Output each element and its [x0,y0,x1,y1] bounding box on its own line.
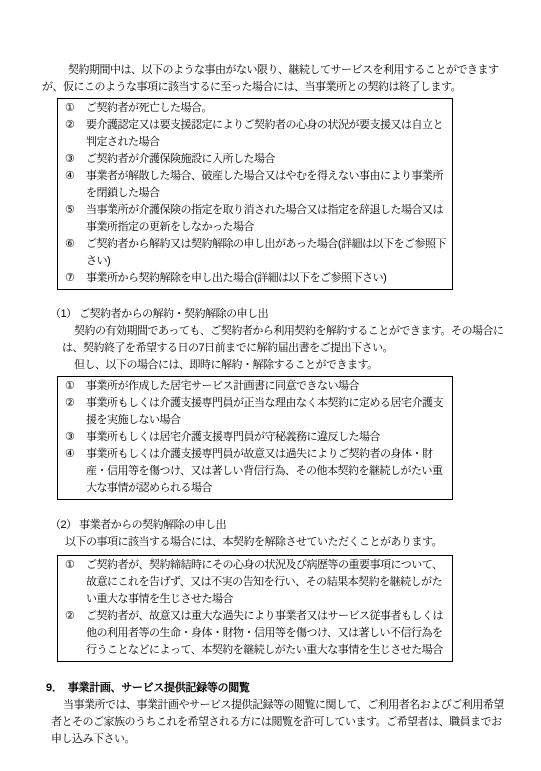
item-text: 当事業所が介護保険の指定を取り消された場合又は指定を辞退した場合又は事業所指定の… [86,204,443,233]
list-item: ③ ご契約者が介護保険施設に入所した場合 [58,151,447,168]
cancel-by-provider-box: ① ご契約者が、契約締結時にその心身の状況及び病歴等の重要事項について、故意にこ… [57,555,453,662]
section1-note: 但し、以下の場合には、即時に解約・解除することができます。 [62,357,505,374]
item-text: 事業者が解散した場合、破産した場合又はやむを得えない事由により事業所を閉鎖した場… [86,170,443,199]
item-text: 事業所もしくは介護支援専門員が故意又は過失によりご契約者の身体・財産・信用等を傷… [86,448,443,494]
item-number: ② [65,395,74,412]
section9-heading: 9． 事業計画、サービス提供記録等の閲覧 [46,680,511,697]
item-number: ③ [65,429,74,446]
item-text: 事業所もしくは居宅介護支援専門員が守秘義務に違反した場合 [86,431,380,443]
section2-heading: （2） 事業者からの契約解除の申し出 [50,517,511,534]
item-text: ご契約者が介護保険施設に入所した場合 [86,153,275,165]
list-item: ④ 事業所もしくは介護支援専門員が故意又は過失によりご契約者の身体・財産・信用等… [58,446,447,497]
section1-heading: （1） ご契約者からの解約・契約解除の申し出 [50,306,511,323]
item-number: ① [65,100,74,117]
item-text: ご契約者が死亡した場合。 [86,102,212,114]
list-item: ② ご契約者が、故意又は重大な過失により事業者又はサービス従事者もしくは他の利用… [58,608,447,659]
item-number: ③ [65,151,74,168]
list-item: ④ 事業者が解散した場合、破産した場合又はやむを得えない事由により事業所を閉鎖し… [58,168,447,202]
cancel-by-user-box: ① 事業所が作成した居宅サービス計画書に同意できない場合 ② 事業所もしくは介護… [57,376,453,500]
item-text: 要介護認定又は要支援認定によりご契約者の心身の状況が要支援又は自立と判定された場… [86,119,443,148]
list-item: ⑦ 事業所から契約解除を申し出た場合(詳細は以下をご参照下さい) [58,270,447,287]
list-item: ⑤ 当事業所が介護保険の指定を取り消された場合又は指定を辞退した場合又は事業所指… [58,202,447,236]
item-number: ④ [65,168,74,185]
section2-paragraph: 以下の事項に該当する場合には、本契約を解除させていただくことがあります。 [65,534,507,551]
item-text: 事業所から契約解除を申し出た場合(詳細は以下をご参照下さい) [86,272,386,284]
list-item: ③ 事業所もしくは居宅介護支援専門員が守秘義務に違反した場合 [58,429,447,446]
item-number: ② [65,117,74,134]
item-number: ⑤ [65,202,74,219]
item-number: ⑥ [65,236,74,253]
item-number: ⑦ [65,270,74,287]
item-number: ① [65,378,74,395]
list-item: ② 要介護認定又は要支援認定によりご契約者の心身の状況が要支援又は自立と判定され… [58,117,447,151]
intro-paragraph: 契約期間中は、以下のような事由がない限り、継続してサービスを利用することができま… [42,62,505,96]
list-item: ① 事業所が作成した居宅サービス計画書に同意できない場合 [58,378,447,395]
list-item: ⑥ ご契約者から解約又は契約解除の申し出があった場合(詳細は以下をご参照下さい) [58,236,447,270]
item-number: ② [65,608,74,625]
item-text: 事業所もしくは介護支援専門員が正当な理由なく本契約に定める居宅介護支援を実施しな… [86,397,443,426]
item-text: ご契約者から解約又は契約解除の申し出があった場合(詳細は以下をご参照下さい) [86,238,446,267]
item-text: ご契約者が、故意又は重大な過失により事業者又はサービス従事者もしくは他の利用者等… [86,610,443,656]
list-item: ② 事業所もしくは介護支援専門員が正当な理由なく本契約に定める居宅介護支援を実施… [58,395,447,429]
item-text: ご契約者が、契約締結時にその心身の状況及び病歴等の重要事項について、故意にこれを… [86,559,443,605]
list-item: ① ご契約者が、契約締結時にその心身の状況及び病歴等の重要事項について、故意にこ… [58,557,447,608]
item-number: ① [65,557,74,574]
list-item: ① ご契約者が死亡した場合。 [58,100,447,117]
section9-paragraph: 当事業所では、事業計画やサービス提供記録等の閲覧に関して、ご利用者名およびご利用… [51,697,511,748]
section1-paragraph: 契約の有効期間であっても、ご契約者から利用契約を解約することができます。その場合… [62,323,505,357]
termination-conditions-box: ① ご契約者が死亡した場合。 ② 要介護認定又は要支援認定によりご契約者の心身の… [57,98,453,290]
contract-document-page: 契約期間中は、以下のような事由がない限り、継続してサービスを利用することができま… [0,0,541,771]
item-number: ④ [65,446,74,463]
item-text: 事業所が作成した居宅サービス計画書に同意できない場合 [86,380,359,392]
